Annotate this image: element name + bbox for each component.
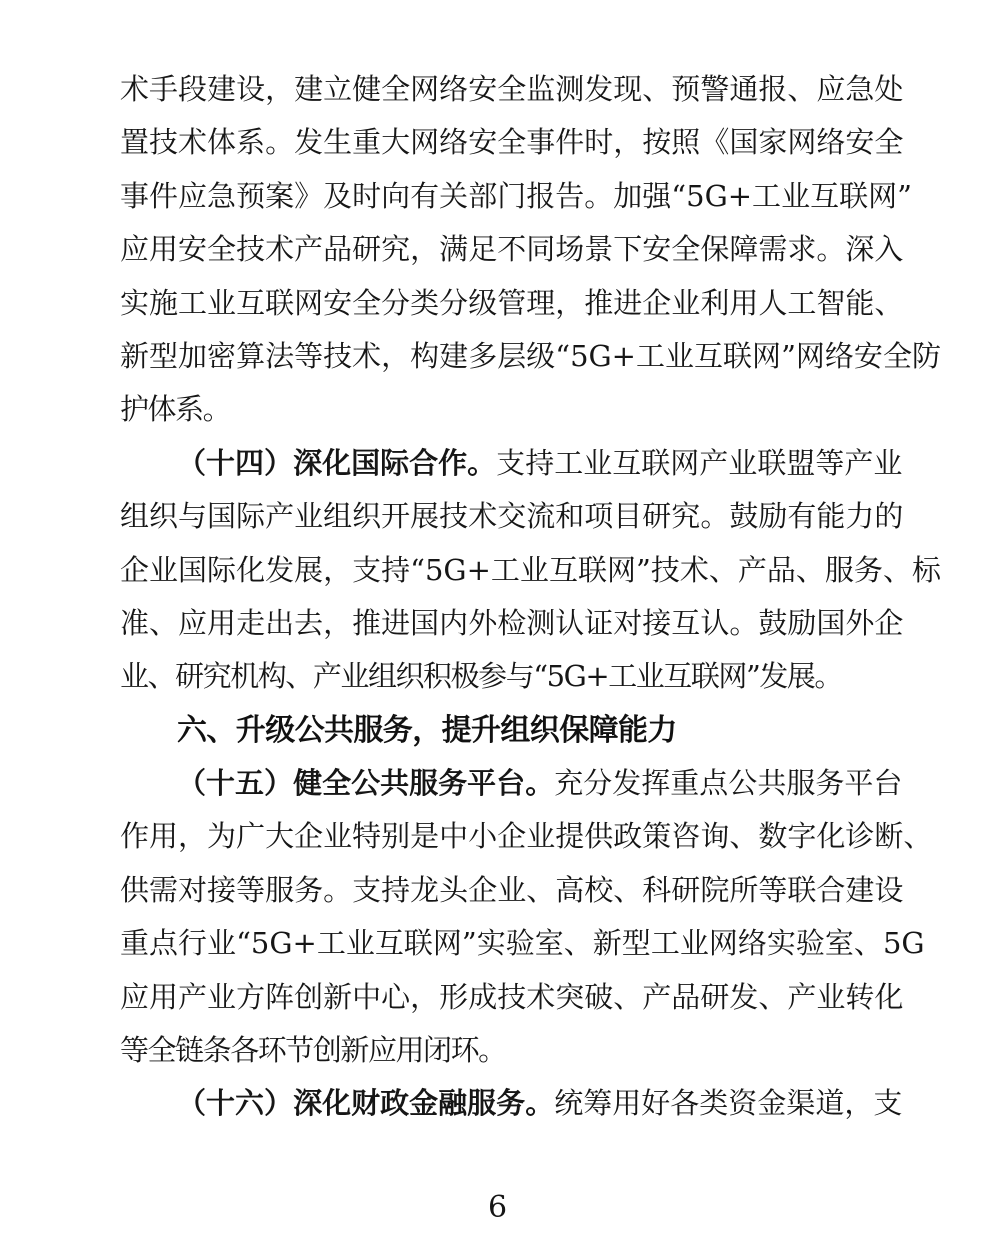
text-line: 应用产业方阵创新中心，形成技术突破、产品研发、产业转化 (120, 971, 886, 1024)
paragraph-end-line: 业、研究机构、产业组织积极参与“5G+工业互联网”发展。 (120, 650, 886, 703)
text-line: 组织与国际产业组织开展技术交流和项目研究。鼓励有能力的 (120, 490, 886, 543)
text-line: 新型加密算法等技术，构建多层级“5G+工业互联网”网络安全防 (120, 330, 886, 383)
text-line: 应用安全技术产品研究，满足不同场景下安全保障需求。深入 (120, 223, 886, 276)
text-line: 企业国际化发展，支持“5G+工业互联网”技术、产品、服务、标 (120, 544, 886, 597)
text-line: 作用，为广大企业特别是中小企业提供政策咨询、数字化诊断、 (120, 810, 886, 863)
clause-line-15: （十五）健全公共服务平台。充分发挥重点公共服务平台 (120, 757, 886, 810)
text-line: 重点行业“5G+工业互联网”实验室、新型工业网络实验室、5G (120, 917, 886, 970)
paragraph-end-line: 等全链条各环节创新应用闭环。 (120, 1024, 886, 1077)
text-line: 置技术体系。发生重大网络安全事件时，按照《国家网络安全 (120, 116, 886, 169)
clause-line-14: （十四）深化国际合作。支持工业互联网产业联盟等产业 (120, 437, 886, 490)
paragraph-end-line: 护体系。 (120, 383, 886, 436)
document-page: 术手段建设，建立健全网络安全监测发现、预警通报、应急处 置技术体系。发生重大网络… (0, 0, 995, 1257)
text-line: 事件应急预案》及时向有关部门报告。加强“5G+工业互联网” (120, 170, 886, 223)
text-line: 准、应用走出去，推进国内外检测认证对接互认。鼓励国外企 (120, 597, 886, 650)
text-block: 术手段建设，建立健全网络安全监测发现、预警通报、应急处 置技术体系。发生重大网络… (120, 63, 886, 1131)
text-line: 实施工业互联网安全分类分级管理，推进企业利用人工智能、 (120, 277, 886, 330)
text-line: 供需对接等服务。支持龙头企业、高校、科研院所等联合建设 (120, 864, 886, 917)
clause-line-16: （十六）深化财政金融服务。统筹用好各类资金渠道，支 (120, 1077, 886, 1130)
page-number: 6 (0, 1190, 995, 1225)
text-line: 术手段建设，建立健全网络安全监测发现、预警通报、应急处 (120, 63, 886, 116)
section-heading: 六、升级公共服务，提升组织保障能力 (120, 704, 886, 757)
